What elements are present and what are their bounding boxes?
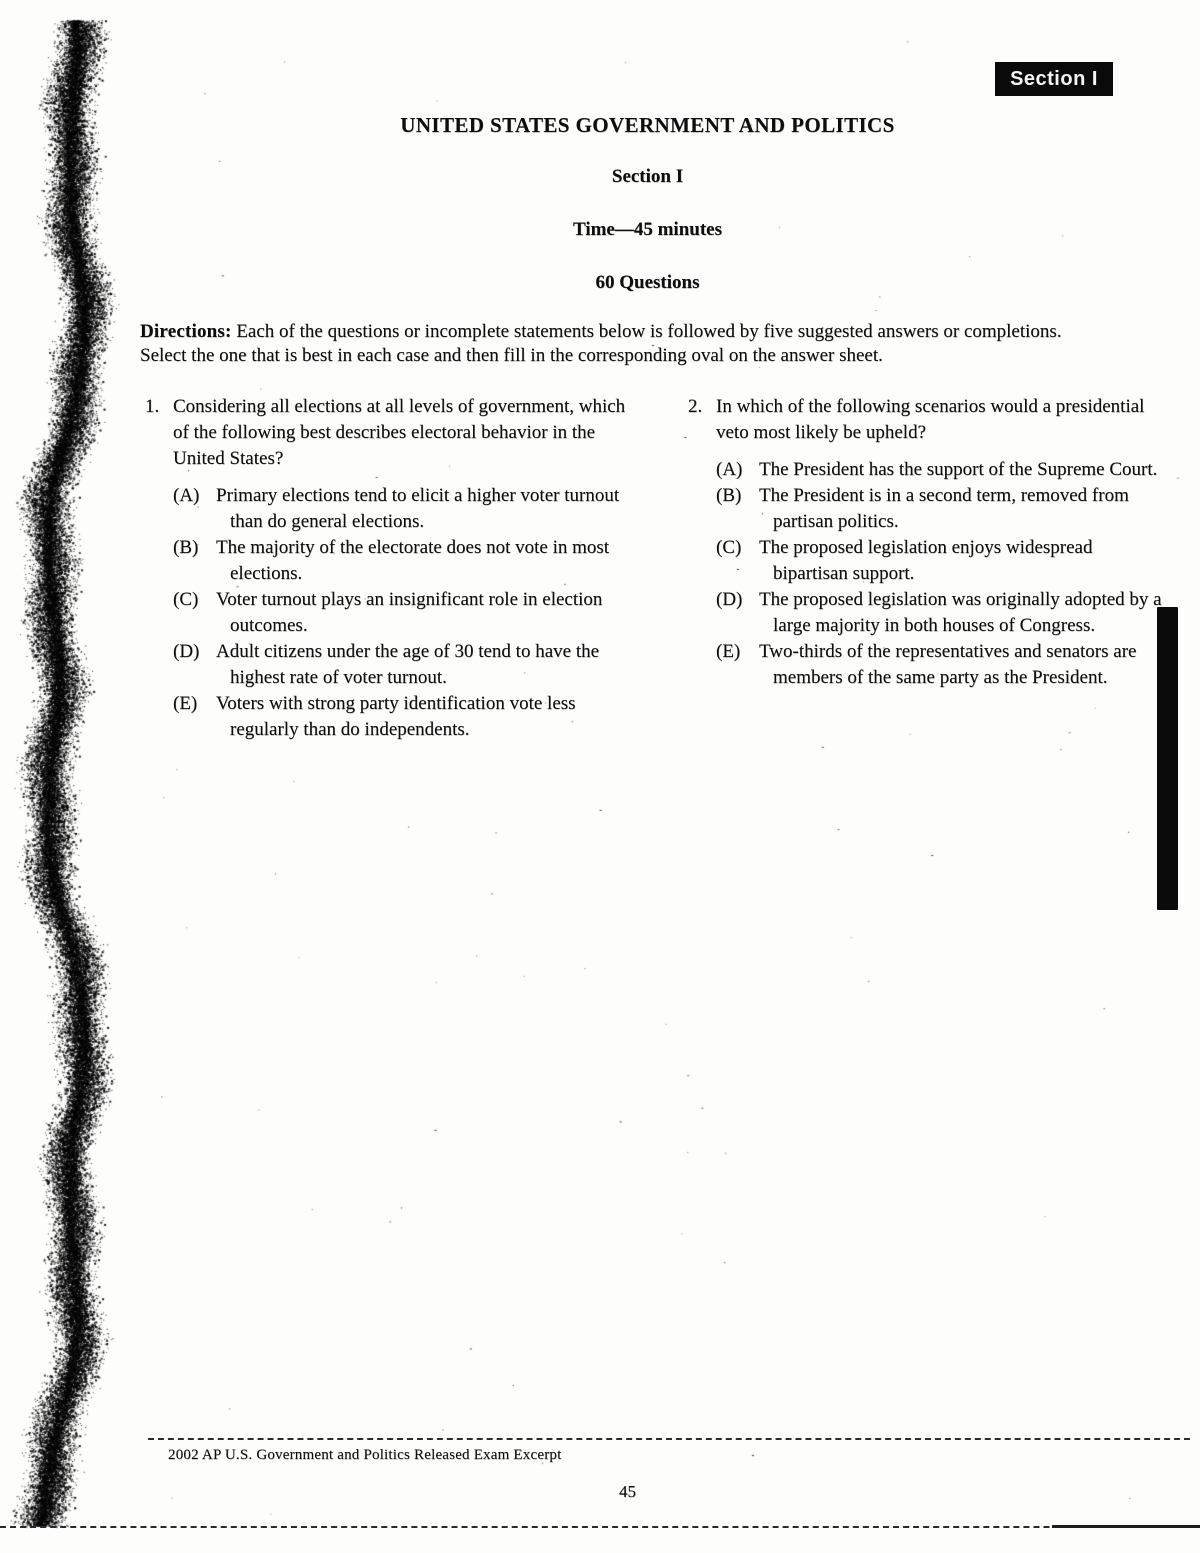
choice-text: Voter turnout plays an insignificant rol…	[216, 587, 645, 639]
choice-label: (B)	[173, 535, 216, 587]
question-2: 2. In which of the following scenarios w…	[688, 394, 1166, 691]
choice-row: (C) The proposed legislation enjoys wide…	[716, 535, 1166, 587]
question-number: 1.	[145, 394, 173, 743]
time-heading: Time—45 minutes	[140, 219, 1155, 241]
choice-text: The President is in a second term, remov…	[759, 483, 1166, 535]
bottom-edge-divider	[0, 1526, 1200, 1528]
choice-row: (D) The proposed legislation was origina…	[716, 587, 1166, 639]
page-number: 45	[140, 1482, 1115, 1502]
choice-text: The President has the support of the Sup…	[759, 457, 1166, 483]
question-number: 2.	[688, 394, 716, 691]
choice-row: (A) Primary elections tend to elicit a h…	[173, 483, 645, 535]
bottom-edge-divider-solid	[1052, 1525, 1200, 1528]
directions-text: Each of the questions or incomplete stat…	[140, 321, 1062, 366]
choice-row: (B) The majority of the electorate does …	[173, 535, 645, 587]
choice-row: (E) Two-thirds of the representatives an…	[716, 639, 1166, 691]
choice-row: (C) Voter turnout plays an insignificant…	[173, 587, 645, 639]
choice-text: Two-thirds of the representatives and se…	[759, 639, 1166, 691]
exam-title: UNITED STATES GOVERNMENT AND POLITICS	[140, 113, 1155, 138]
choice-label: (A)	[173, 483, 216, 535]
choice-label: (E)	[173, 691, 216, 743]
section-badge: Section I	[995, 62, 1113, 96]
footer-note: 2002 AP U.S. Government and Politics Rel…	[168, 1447, 768, 1464]
question-count-heading: 60 Questions	[140, 272, 1155, 294]
choice-text: The proposed legislation was originally …	[759, 587, 1166, 639]
choice-label: (D)	[173, 639, 216, 691]
section-heading: Section I	[140, 166, 1155, 188]
choice-row: (D) Adult citizens under the age of 30 t…	[173, 639, 645, 691]
question-1: 1. Considering all elections at all leve…	[145, 394, 645, 743]
question-stem: Considering all elections at all levels …	[173, 394, 645, 472]
choice-text: Primary elections tend to elicit a highe…	[216, 483, 645, 535]
footer-divider	[148, 1438, 1190, 1440]
scanned-exam-page: Section I UNITED STATES GOVERNMENT AND P…	[0, 0, 1200, 1553]
choice-text: Voters with strong party identification …	[216, 691, 645, 743]
choice-label: (C)	[716, 535, 759, 587]
choice-label: (C)	[173, 587, 216, 639]
choice-label: (A)	[716, 457, 759, 483]
choice-text: The majority of the electorate does not …	[216, 535, 645, 587]
directions-label: Directions:	[140, 321, 232, 342]
choice-row: (E) Voters with strong party identificat…	[173, 691, 645, 743]
choice-list: (A) The President has the support of the…	[716, 457, 1166, 691]
choice-list: (A) Primary elections tend to elicit a h…	[173, 483, 645, 743]
scan-artifact-bar	[1157, 607, 1178, 910]
choice-row: (B) The President is in a second term, r…	[716, 483, 1166, 535]
choice-label: (E)	[716, 639, 759, 691]
choice-text: The proposed legislation enjoys widespre…	[759, 535, 1166, 587]
choice-label: (D)	[716, 587, 759, 639]
directions: Directions: Each of the questions or inc…	[140, 320, 1092, 368]
choice-text: Adult citizens under the age of 30 tend …	[216, 639, 645, 691]
question-stem: In which of the following scenarios woul…	[716, 394, 1166, 446]
choice-label: (B)	[716, 483, 759, 535]
choice-row: (A) The President has the support of the…	[716, 457, 1166, 483]
